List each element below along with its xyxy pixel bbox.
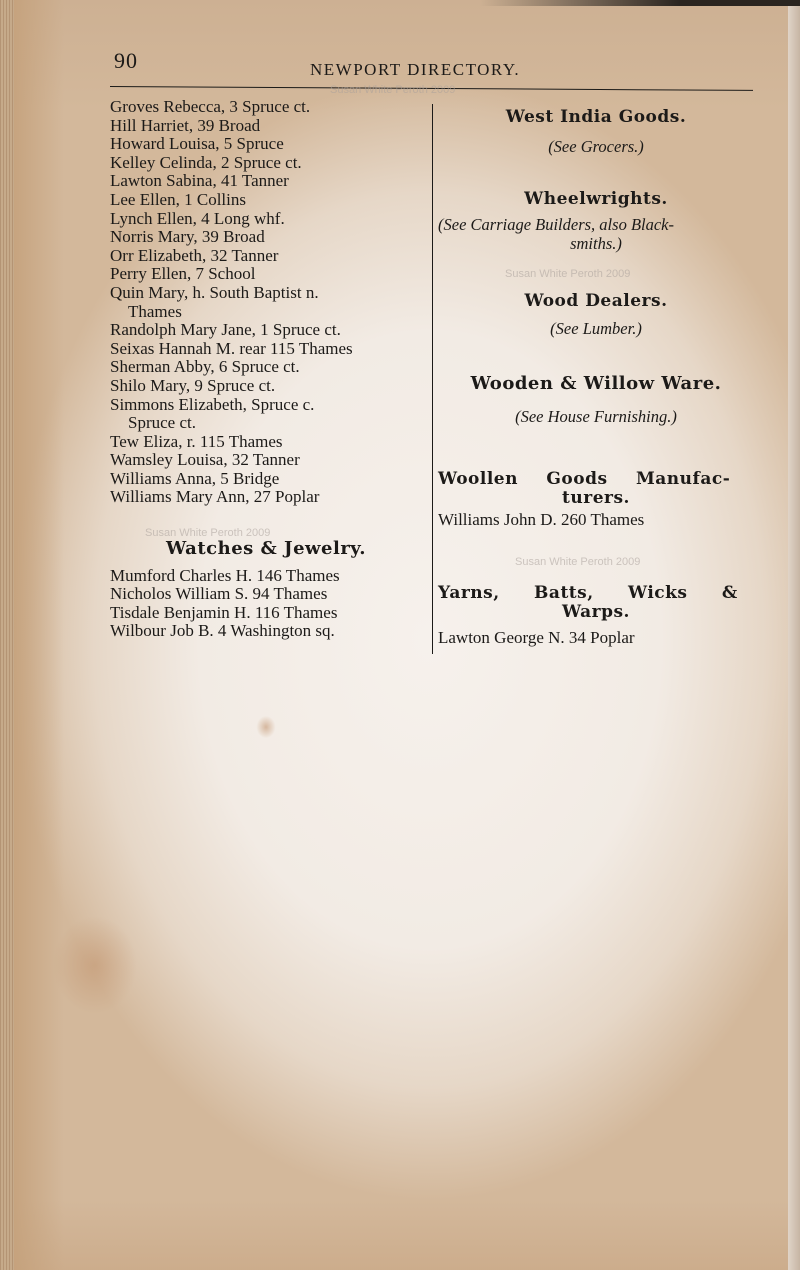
directory-entry: Kelley Celinda, 2 Spruce ct. (110, 154, 422, 173)
section-wood-dealers: Wood Dealers. (See Lumber.) (438, 292, 754, 338)
directory-entry: Wilbour Job B. 4 Washington sq. (110, 622, 422, 641)
watermark: Susan White Peroth 2009 (505, 268, 630, 280)
page-right-edge (788, 0, 800, 1270)
directory-entry: Simmons Elizabeth, Spruce c. Spruce ct. (110, 396, 422, 433)
book-page: 90 NEWPORT DIRECTORY. Susan White Peroth… (0, 0, 800, 1270)
running-title: NEWPORT DIRECTORY. (310, 60, 520, 80)
directory-entry: Norris Mary, 39 Broad (110, 228, 422, 247)
entry-continuation: Spruce ct. (110, 414, 422, 433)
directory-entry: Williams Mary Ann, 27 Poplar (110, 488, 422, 507)
cross-reference-continuation: smiths.) (438, 234, 754, 253)
section-heading-watches-jewelry: Watches & Jewelry. (110, 540, 422, 559)
directory-entry: Shilo Mary, 9 Spruce ct. (110, 377, 422, 396)
section-heading: Woollen Goods Manufac- (438, 470, 754, 489)
section-wooden-willow-ware: Wooden & Willow Ware. (See House Furnish… (438, 374, 754, 426)
section-yarns-batts: Yarns, Batts, Wicks & Warps. Lawton Geor… (438, 584, 754, 647)
section-heading: Wooden & Willow Ware. (438, 374, 754, 393)
section-woollen-goods: Woollen Goods Manufac- turers. Williams … (438, 470, 754, 529)
paper-tint-bottom (0, 1200, 800, 1270)
foxed-left-margin (14, 0, 64, 1270)
watermark: Susan White Peroth 2009 (515, 556, 640, 568)
section-wheelwrights: Wheelwrights. (See Carriage Builders, al… (438, 190, 754, 253)
directory-entry: Wamsley Louisa, 32 Tanner (110, 451, 422, 470)
directory-entry: Seixas Hannah M. rear 115 Thames (110, 340, 422, 359)
directory-entry: Williams John D. 260 Thames (438, 510, 754, 529)
entry-line: Simmons Elizabeth, Spruce c. (110, 395, 314, 414)
directory-entry: Hill Harriet, 39 Broad (110, 117, 422, 136)
cross-reference: (See Carriage Builders, also Black- (438, 215, 754, 234)
directory-entry: Lynch Ellen, 4 Long whf. (110, 210, 422, 229)
directory-entry: Nicholos William S. 94 Thames (110, 585, 422, 604)
cross-reference: (See Lumber.) (438, 319, 754, 338)
watermark: Susan White Peroth 2009 (330, 84, 455, 96)
directory-entry: Mumford Charles H. 146 Thames (110, 567, 422, 586)
entry-line: Quin Mary, h. South Baptist n. (110, 283, 319, 302)
directory-entry: Groves Rebecca, 3 Spruce ct. (110, 98, 422, 117)
directory-entry: Tew Eliza, r. 115 Thames (110, 433, 422, 452)
column-divider (432, 104, 433, 654)
cross-reference: (See Grocers.) (438, 137, 754, 156)
directory-entry: Sherman Abby, 6 Spruce ct. (110, 358, 422, 377)
entry-continuation: Thames (110, 303, 422, 322)
page-number: 90 (114, 48, 138, 74)
directory-entry: Perry Ellen, 7 School (110, 265, 422, 284)
directory-entry: Lawton George N. 34 Poplar (438, 628, 754, 647)
directory-entry: Williams Anna, 5 Bridge (110, 470, 422, 489)
directory-entry: Tisdale Benjamin H. 116 Thames (110, 604, 422, 623)
section-west-india-goods: West India Goods. (See Grocers.) (438, 108, 754, 156)
directory-entry: Howard Louisa, 5 Spruce (110, 135, 422, 154)
section-heading: Wood Dealers. (438, 292, 754, 311)
page-top-shadow (0, 0, 800, 6)
section-heading: Yarns, Batts, Wicks & (438, 584, 754, 603)
section-heading: West India Goods. (438, 108, 754, 127)
directory-entry: Lawton Sabina, 41 Tanner (110, 172, 422, 191)
cross-reference: (See House Furnishing.) (438, 407, 754, 426)
section-heading-continuation: turers. (438, 489, 754, 508)
section-heading-continuation: Warps. (438, 603, 754, 622)
section-heading: Wheelwrights. (438, 190, 754, 209)
directory-entry: Quin Mary, h. South Baptist n. Thames (110, 284, 422, 321)
book-spine-edge (0, 0, 14, 1270)
directory-entry: Lee Ellen, 1 Collins (110, 191, 422, 210)
directory-entry: Orr Elizabeth, 32 Tanner (110, 247, 422, 266)
left-column: Groves Rebecca, 3 Spruce ct. Hill Harrie… (110, 98, 422, 641)
directory-entry: Randolph Mary Jane, 1 Spruce ct. (110, 321, 422, 340)
